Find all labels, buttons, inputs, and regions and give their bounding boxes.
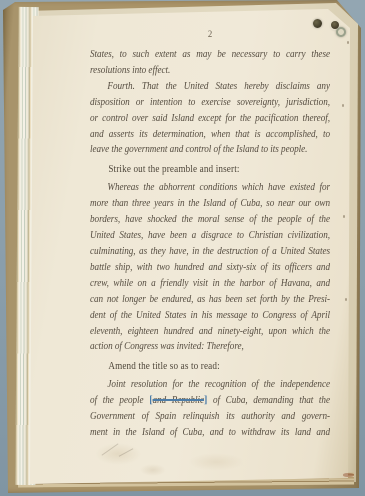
blue-close-bracket-mark: ] bbox=[204, 394, 207, 406]
page-number: 2 bbox=[90, 28, 330, 42]
text-line: and asserts its determination, when that… bbox=[90, 127, 330, 143]
scanned-book-photo: 2 States, to such extent as may be neces… bbox=[0, 0, 365, 496]
text-line: culminating, as they have, in the destru… bbox=[90, 244, 330, 260]
edge-speck bbox=[347, 41, 349, 44]
amended-title-line-4: ment in the Island of Cuba, and to withd… bbox=[90, 425, 330, 441]
document-text-block: 2 States, to such extent as may be neces… bbox=[90, 28, 330, 441]
text-line: Whereas the abhorrent conditions which h… bbox=[90, 180, 330, 196]
text-line: crew, while on a friendly visit in the h… bbox=[90, 276, 330, 292]
amended-title-line-2-before: of the people bbox=[90, 395, 144, 406]
text-line: disposition or intention to exercise sov… bbox=[90, 95, 330, 111]
amended-title-line-3: Government of Spain relinquish its autho… bbox=[90, 409, 330, 425]
paragraph-continuation: States, to such extent as may be necessa… bbox=[90, 47, 330, 79]
text-line: or control over said Island except for t… bbox=[90, 111, 330, 127]
text-line: dent of the United States in his message… bbox=[90, 308, 330, 324]
text-line: States, to such extent as may be necessa… bbox=[90, 47, 330, 63]
amended-title-line-2-after: of Cuba, demanding that the bbox=[213, 395, 330, 406]
paragraph-preamble-whereas: Whereas the abhorrent conditions which h… bbox=[90, 180, 330, 355]
text-line: action of Congress was invited: Therefor… bbox=[90, 339, 330, 355]
amended-title-line-2: of the people [and Republic] of Cuba, de… bbox=[90, 393, 330, 409]
text-line: battle ship, with two hundred and sixty-… bbox=[90, 260, 330, 276]
amended-title-line-1: Joint resolution for the recognition of … bbox=[90, 377, 330, 393]
text-line: leave the government and control of the … bbox=[90, 142, 330, 158]
brass-fastener-icon bbox=[313, 19, 322, 28]
metal-grommet-icon bbox=[336, 27, 346, 37]
heading-amend-title: Amend the title so as to read: bbox=[90, 359, 330, 374]
text-line: resolutions into effect. bbox=[90, 63, 330, 79]
text-line: borders, have shocked the moral sense of… bbox=[90, 212, 330, 228]
heading-strike-out-preamble: Strike out the preamble and insert: bbox=[90, 162, 330, 177]
text-line: eleventh, eighteen hundred and ninety-ei… bbox=[90, 324, 330, 340]
text-line: Fourth. That the United States hereby di… bbox=[90, 79, 330, 95]
text-line: United States, have been a disgrace to C… bbox=[90, 228, 330, 244]
paragraph-fourth-clause: Fourth. That the United States hereby di… bbox=[90, 79, 330, 159]
rust-mark bbox=[343, 473, 354, 477]
edge-speck bbox=[345, 298, 347, 301]
text-line: can not longer be endured, as has been s… bbox=[90, 292, 330, 308]
blue-struck-phrase: and Republic bbox=[153, 395, 204, 406]
edge-speck bbox=[342, 104, 344, 107]
edge-speck bbox=[343, 215, 345, 218]
paragraph-amended-title: Joint resolution for the recognition of … bbox=[90, 377, 330, 441]
text-line: more than three years in the Island of C… bbox=[90, 196, 330, 212]
